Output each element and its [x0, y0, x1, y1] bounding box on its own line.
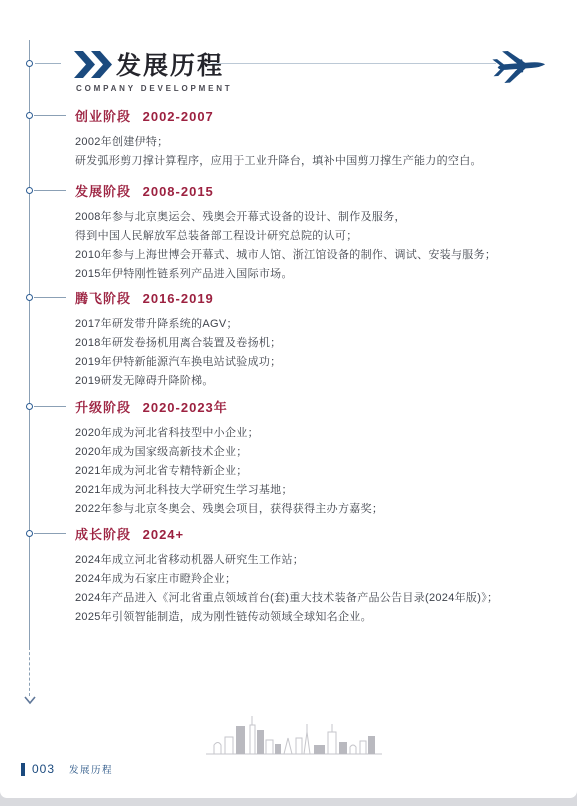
timeline-section-upgrade: 升级阶段 2020-2023年 2020年成为河北省科技型中小企业； 2020年… [75, 399, 549, 519]
timeline-section-growth: 成长阶段 2024+ 2024年成立河北省移动机器人研究生工作站； 2024年成… [75, 526, 549, 627]
section-line: 2024年成为石家庄市瞪羚企业； [75, 570, 549, 589]
section-title: 腾飞阶段 2016-2019 [75, 290, 549, 308]
section-line: 2018年研发卷扬机用离合装置及卷扬机； [75, 334, 549, 353]
section-line: 2008年参与北京奥运会、残奥会开幕式设备的设计、制作及服务， [75, 208, 549, 227]
header-connector-line [35, 63, 61, 64]
section-line: 2019研发无障碍升降阶梯。 [75, 372, 549, 391]
page-subtitle: COMPANY DEVELOPMENT [76, 84, 232, 93]
section-line: 2025年引领智能制造，成为刚性链传动领域全球知名企业。 [75, 608, 549, 627]
document-page: 发展历程 COMPANY DEVELOPMENT 创业阶段 2002-2007 … [0, 0, 577, 798]
timeline: 创业阶段 2002-2007 2002年创建伊特； 研发弧形剪刀撑计算程序，应用… [75, 108, 549, 627]
page-title: 发展历程 [116, 46, 224, 82]
section-line: 2021年成为河北科技大学研究生学习基地； [75, 481, 549, 500]
timeline-connector [34, 406, 66, 407]
timeline-connector [34, 190, 66, 191]
timeline-node [26, 112, 33, 119]
double-chevron-right-icon [74, 51, 112, 78]
section-title: 发展阶段 2008-2015 [75, 183, 549, 201]
timeline-node [26, 187, 33, 194]
section-line: 2024年成立河北省移动机器人研究生工作站； [75, 551, 549, 570]
timeline-line-solid [29, 40, 30, 647]
section-line: 2020年成为河北省科技型中小企业； [75, 424, 549, 443]
footer-accent-bar [21, 763, 25, 776]
airplane-icon [490, 40, 549, 92]
header-rule-line [212, 63, 496, 64]
timeline-line-dashed [29, 647, 30, 696]
timeline-section-takeoff: 腾飞阶段 2016-2019 2017年研发带升降系统的AGV； 2018年研发… [75, 290, 549, 391]
section-line: 2019年伊特新能源汽车换电站试验成功； [75, 353, 549, 372]
timeline-section-startup: 创业阶段 2002-2007 2002年创建伊特； 研发弧形剪刀撑计算程序，应用… [75, 108, 549, 171]
down-arrow-icon [24, 696, 36, 705]
section-line: 2022年参与北京冬奥会、残奥会项目，获得获得主办方嘉奖； [75, 500, 549, 519]
section-title: 成长阶段 2024+ [75, 526, 549, 544]
timeline-section-development: 发展阶段 2008-2015 2008年参与北京奥运会、残奥会开幕式设备的设计、… [75, 183, 549, 284]
timeline-node [26, 60, 33, 67]
timeline-connector [34, 533, 66, 534]
timeline-node [26, 530, 33, 537]
section-line: 2024年产品进入《河北省重点领域首台(套)重大技术装备产品公告目录(2024年… [75, 589, 549, 608]
page-number: 003 [32, 762, 55, 776]
page-footer: 003 发展历程 [21, 762, 113, 776]
timeline-connector [34, 115, 66, 116]
section-line: 2020年成为国家级高新技术企业； [75, 443, 549, 462]
section-title: 升级阶段 2020-2023年 [75, 399, 549, 417]
section-line: 2010年参与上海世博会开幕式、城市人馆、浙江馆设备的制作、调试、安装与服务； [75, 246, 549, 265]
section-line: 2002年创建伊特； [75, 133, 549, 152]
section-line: 2021年成为河北省专精特新企业； [75, 462, 549, 481]
section-line: 研发弧形剪刀撑计算程序，应用于工业升降台，填补中国剪刀撑生产能力的空白。 [75, 152, 549, 171]
section-line: 得到中国人民解放军总装备部工程设计研究总院的认可； [75, 227, 549, 246]
footer-section-label: 发展历程 [69, 762, 113, 776]
section-line: 2017年研发带升降系统的AGV； [75, 315, 549, 334]
timeline-node [26, 403, 33, 410]
section-line: 2015年伊特刚性链系列产品进入国际市场。 [75, 265, 549, 284]
timeline-node [26, 294, 33, 301]
timeline-connector [34, 297, 66, 298]
section-title: 创业阶段 2002-2007 [75, 108, 549, 126]
city-skyline-watermark [204, 714, 384, 756]
